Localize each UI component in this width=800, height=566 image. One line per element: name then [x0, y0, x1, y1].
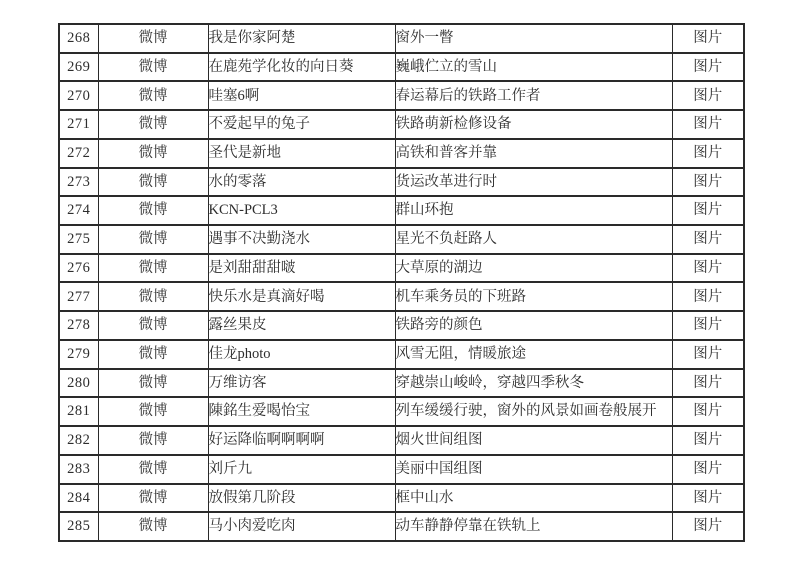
table-row: 284 微博 放假第几阶段 框中山水 图片	[59, 484, 744, 513]
row-number-cell: 273	[59, 168, 98, 197]
account-cell: KCN-PCL3	[208, 196, 395, 225]
table-body: 268 微博 我是你家阿楚 窗外一瞥 图片 269 微博 在鹿苑学化妆的向日葵 …	[59, 24, 744, 541]
platform-cell: 微博	[98, 24, 208, 53]
format-cell: 图片	[672, 340, 744, 369]
format-cell: 图片	[672, 426, 744, 455]
format-cell: 图片	[672, 225, 744, 254]
title-cell: 动车静静停靠在铁轨上	[395, 512, 672, 541]
row-number-cell: 279	[59, 340, 98, 369]
format-cell: 图片	[672, 311, 744, 340]
platform-cell: 微博	[98, 397, 208, 426]
account-cell: 放假第几阶段	[208, 484, 395, 513]
platform-cell: 微博	[98, 81, 208, 110]
title-cell: 巍峨伫立的雪山	[395, 53, 672, 82]
platform-cell: 微博	[98, 484, 208, 513]
format-cell: 图片	[672, 81, 744, 110]
platform-cell: 微博	[98, 369, 208, 398]
account-cell: 好运降临啊啊啊啊	[208, 426, 395, 455]
title-cell: 高铁和普客并靠	[395, 139, 672, 168]
format-cell: 图片	[672, 254, 744, 283]
row-number-cell: 276	[59, 254, 98, 283]
table-row: 283 微博 刘斤九 美丽中国组图 图片	[59, 455, 744, 484]
title-cell: 铁路旁的颜色	[395, 311, 672, 340]
table-row: 270 微博 哇塞6啊 春运幕后的铁路工作者 图片	[59, 81, 744, 110]
account-cell: 万维访客	[208, 369, 395, 398]
format-cell: 图片	[672, 168, 744, 197]
platform-cell: 微博	[98, 196, 208, 225]
format-cell: 图片	[672, 455, 744, 484]
title-cell: 美丽中国组图	[395, 455, 672, 484]
platform-cell: 微博	[98, 455, 208, 484]
account-cell: 是刘甜甜甜啵	[208, 254, 395, 283]
table-row: 278 微博 露丝果皮 铁路旁的颜色 图片	[59, 311, 744, 340]
format-cell: 图片	[672, 282, 744, 311]
platform-cell: 微博	[98, 53, 208, 82]
title-cell: 框中山水	[395, 484, 672, 513]
row-number-cell: 278	[59, 311, 98, 340]
table-row: 272 微博 圣代是新地 高铁和普客并靠 图片	[59, 139, 744, 168]
account-cell: 不爱起早的兔子	[208, 110, 395, 139]
title-cell: 穿越崇山峻岭，穿越四季秋冬	[395, 369, 672, 398]
account-cell: 圣代是新地	[208, 139, 395, 168]
format-cell: 图片	[672, 512, 744, 541]
title-cell: 烟火世间组图	[395, 426, 672, 455]
platform-cell: 微博	[98, 225, 208, 254]
row-number-cell: 281	[59, 397, 98, 426]
format-cell: 图片	[672, 53, 744, 82]
row-number-cell: 272	[59, 139, 98, 168]
format-cell: 图片	[672, 139, 744, 168]
row-number-cell: 270	[59, 81, 98, 110]
platform-cell: 微博	[98, 311, 208, 340]
table-row: 285 微博 马小肉爱吃肉 动车静静停靠在铁轨上 图片	[59, 512, 744, 541]
table-row: 277 微博 快乐水是真滴好喝 机车乘务员的下班路 图片	[59, 282, 744, 311]
title-cell: 窗外一瞥	[395, 24, 672, 53]
format-cell: 图片	[672, 484, 744, 513]
format-cell: 图片	[672, 24, 744, 53]
platform-cell: 微博	[98, 282, 208, 311]
account-cell: 我是你家阿楚	[208, 24, 395, 53]
row-number-cell: 269	[59, 53, 98, 82]
account-cell: 快乐水是真滴好喝	[208, 282, 395, 311]
format-cell: 图片	[672, 397, 744, 426]
table-row: 269 微博 在鹿苑学化妆的向日葵 巍峨伫立的雪山 图片	[59, 53, 744, 82]
account-cell: 在鹿苑学化妆的向日葵	[208, 53, 395, 82]
document-page: 268 微博 我是你家阿楚 窗外一瞥 图片 269 微博 在鹿苑学化妆的向日葵 …	[0, 0, 800, 566]
account-cell: 马小肉爱吃肉	[208, 512, 395, 541]
table-row: 280 微博 万维访客 穿越崇山峻岭，穿越四季秋冬 图片	[59, 369, 744, 398]
table-row: 276 微博 是刘甜甜甜啵 大草原的湖边 图片	[59, 254, 744, 283]
account-cell: 刘斤九	[208, 455, 395, 484]
account-cell: 露丝果皮	[208, 311, 395, 340]
platform-cell: 微博	[98, 512, 208, 541]
account-cell: 遇事不决勤浇水	[208, 225, 395, 254]
title-cell: 铁路萌新检修设备	[395, 110, 672, 139]
weibo-posts-table: 268 微博 我是你家阿楚 窗外一瞥 图片 269 微博 在鹿苑学化妆的向日葵 …	[58, 23, 745, 542]
platform-cell: 微博	[98, 139, 208, 168]
title-cell: 风雪无阻，情暖旅途	[395, 340, 672, 369]
platform-cell: 微博	[98, 426, 208, 455]
account-cell: 佳龙photo	[208, 340, 395, 369]
account-cell: 哇塞6啊	[208, 81, 395, 110]
table-row: 275 微博 遇事不决勤浇水 星光不负赶路人 图片	[59, 225, 744, 254]
row-number-cell: 275	[59, 225, 98, 254]
title-cell: 群山环抱	[395, 196, 672, 225]
row-number-cell: 274	[59, 196, 98, 225]
row-number-cell: 271	[59, 110, 98, 139]
row-number-cell: 284	[59, 484, 98, 513]
title-cell: 大草原的湖边	[395, 254, 672, 283]
table-row: 281 微博 陳銘生爱喝怡宝 列车缓缓行驶，窗外的风景如画卷般展开 图片	[59, 397, 744, 426]
row-number-cell: 282	[59, 426, 98, 455]
table-row: 268 微博 我是你家阿楚 窗外一瞥 图片	[59, 24, 744, 53]
account-cell: 陳銘生爱喝怡宝	[208, 397, 395, 426]
title-cell: 货运改革进行时	[395, 168, 672, 197]
title-cell: 春运幕后的铁路工作者	[395, 81, 672, 110]
title-cell: 列车缓缓行驶，窗外的风景如画卷般展开	[395, 397, 672, 426]
table-row: 282 微博 好运降临啊啊啊啊 烟火世间组图 图片	[59, 426, 744, 455]
row-number-cell: 285	[59, 512, 98, 541]
table-row: 279 微博 佳龙photo 风雪无阻，情暖旅途 图片	[59, 340, 744, 369]
title-cell: 机车乘务员的下班路	[395, 282, 672, 311]
format-cell: 图片	[672, 369, 744, 398]
platform-cell: 微博	[98, 110, 208, 139]
format-cell: 图片	[672, 110, 744, 139]
table-row: 274 微博 KCN-PCL3 群山环抱 图片	[59, 196, 744, 225]
row-number-cell: 280	[59, 369, 98, 398]
title-cell: 星光不负赶路人	[395, 225, 672, 254]
format-cell: 图片	[672, 196, 744, 225]
row-number-cell: 277	[59, 282, 98, 311]
account-cell: 水的零落	[208, 168, 395, 197]
row-number-cell: 268	[59, 24, 98, 53]
table-row: 271 微博 不爱起早的兔子 铁路萌新检修设备 图片	[59, 110, 744, 139]
platform-cell: 微博	[98, 340, 208, 369]
platform-cell: 微博	[98, 168, 208, 197]
table-row: 273 微博 水的零落 货运改革进行时 图片	[59, 168, 744, 197]
row-number-cell: 283	[59, 455, 98, 484]
platform-cell: 微博	[98, 254, 208, 283]
